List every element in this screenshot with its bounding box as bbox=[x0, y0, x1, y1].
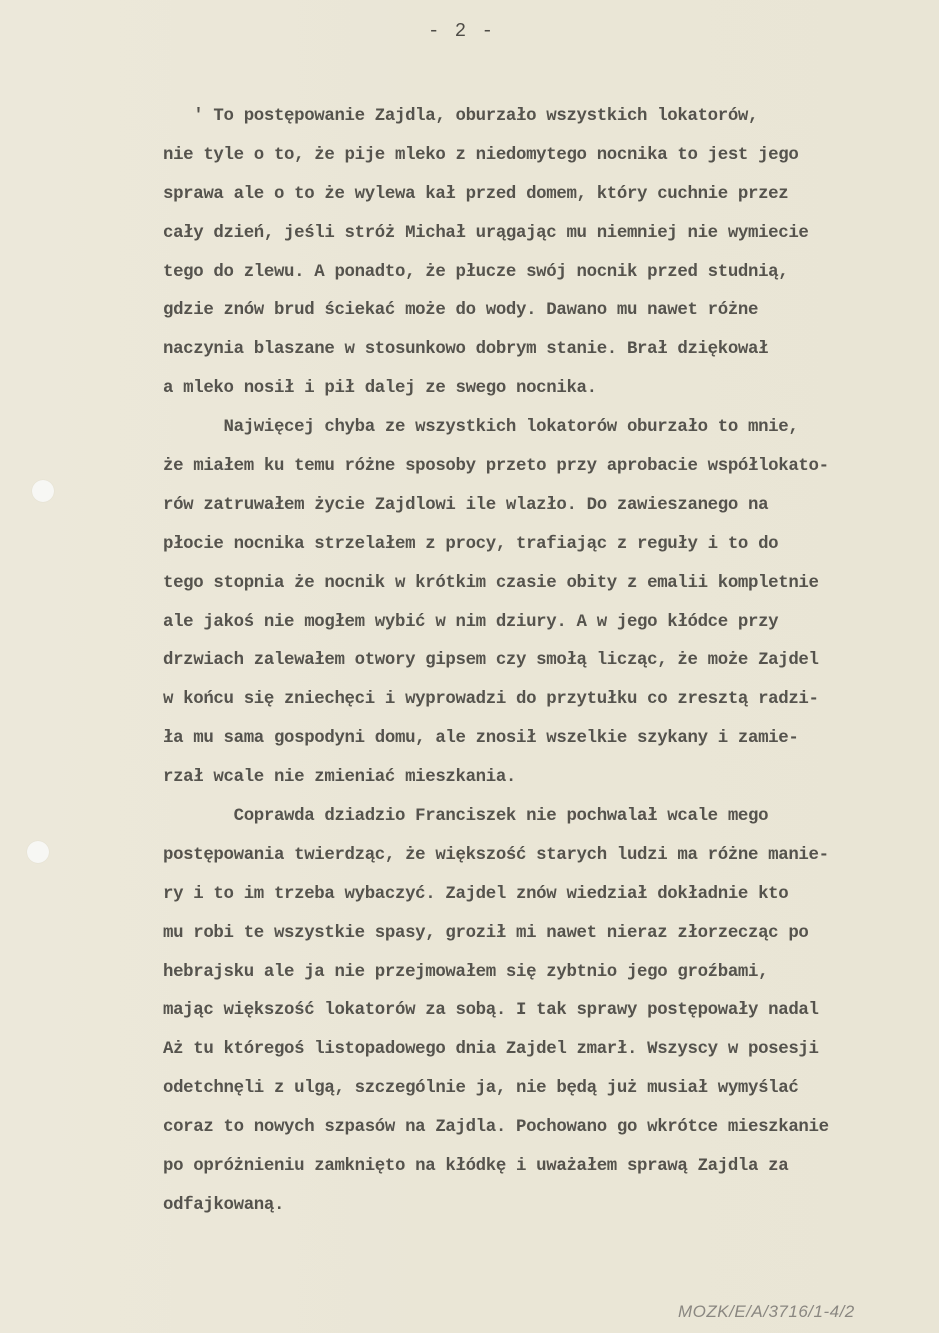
text-line: tego stopnia że nocnik w krótkim czasie … bbox=[163, 565, 933, 604]
text-line: w końcu się zniechęci i wyprowadzi do pr… bbox=[163, 681, 933, 720]
text-line: a mleko nosił i pił dalej ze swego nocni… bbox=[163, 370, 933, 409]
text-line: Coprawda dziadzio Franciszek nie pochwal… bbox=[163, 798, 933, 837]
text-line: cały dzień, jeśli stróż Michał urągając … bbox=[163, 215, 933, 254]
text-line: ła mu sama gospodyni domu, ale znosił ws… bbox=[163, 720, 933, 759]
text-line: że miałem ku temu różne sposoby przeto p… bbox=[163, 448, 933, 487]
text-line: mając większość lokatorów za sobą. I tak… bbox=[163, 992, 933, 1031]
text-line: postępowania twierdząc, że większość sta… bbox=[163, 837, 933, 876]
punch-hole-top bbox=[32, 480, 54, 502]
text-line: ry i to im trzeba wybaczyć. Zajdel znów … bbox=[163, 876, 933, 915]
page-number-text: - 2 - bbox=[428, 20, 495, 42]
text-line: sprawa ale o to że wylewa kał przed dome… bbox=[163, 176, 933, 215]
text-line: odetchnęli z ulgą, szczególnie ja, nie b… bbox=[163, 1070, 933, 1109]
text-line: Aż tu któregoś listopadowego dnia Zajdel… bbox=[163, 1031, 933, 1070]
text-line: naczynia blaszane w stosunkowo dobrym st… bbox=[163, 331, 933, 370]
text-line: po opróżnieniu zamknięto na kłódkę i uwa… bbox=[163, 1148, 933, 1187]
archive-catalog-number: MOZK/E/A/3716/1-4/2 bbox=[678, 1302, 855, 1322]
text-line: gdzie znów brud ściekać może do wody. Da… bbox=[163, 292, 933, 331]
text-line: odfajkowaną. bbox=[163, 1187, 933, 1226]
punch-hole-bottom bbox=[27, 841, 49, 863]
text-line: mu robi te wszystkie spasy, groził mi na… bbox=[163, 915, 933, 954]
text-line: Najwięcej chyba ze wszystkich lokatorów … bbox=[163, 409, 933, 448]
typewritten-body: ' To postępowanie Zajdla, oburzało wszys… bbox=[163, 98, 933, 1226]
text-line: płocie nocnika strzelałem z procy, trafi… bbox=[163, 526, 933, 565]
text-line: tego do zlewu. A ponadto, że płucze swój… bbox=[163, 254, 933, 293]
text-line: ale jakoś nie mogłem wybić w nim dziury.… bbox=[163, 604, 933, 643]
text-line: coraz to nowych szpasów na Zajdla. Pocho… bbox=[163, 1109, 933, 1148]
text-line: hebrajsku ale ja nie przejmowałem się zy… bbox=[163, 954, 933, 993]
page-number: - 2 - bbox=[0, 20, 939, 42]
document-page: - 2 - ' To postępowanie Zajdla, oburzało… bbox=[0, 0, 939, 1333]
text-line: ' To postępowanie Zajdla, oburzało wszys… bbox=[163, 98, 933, 137]
text-line: rów zatruwałem życie Zajdlowi ile wlazło… bbox=[163, 487, 933, 526]
text-line: nie tyle o to, że pije mleko z niedomyte… bbox=[163, 137, 933, 176]
text-line: rzał wcale nie zmieniać mieszkania. bbox=[163, 759, 933, 798]
text-line: drzwiach zalewałem otwory gipsem czy smo… bbox=[163, 642, 933, 681]
